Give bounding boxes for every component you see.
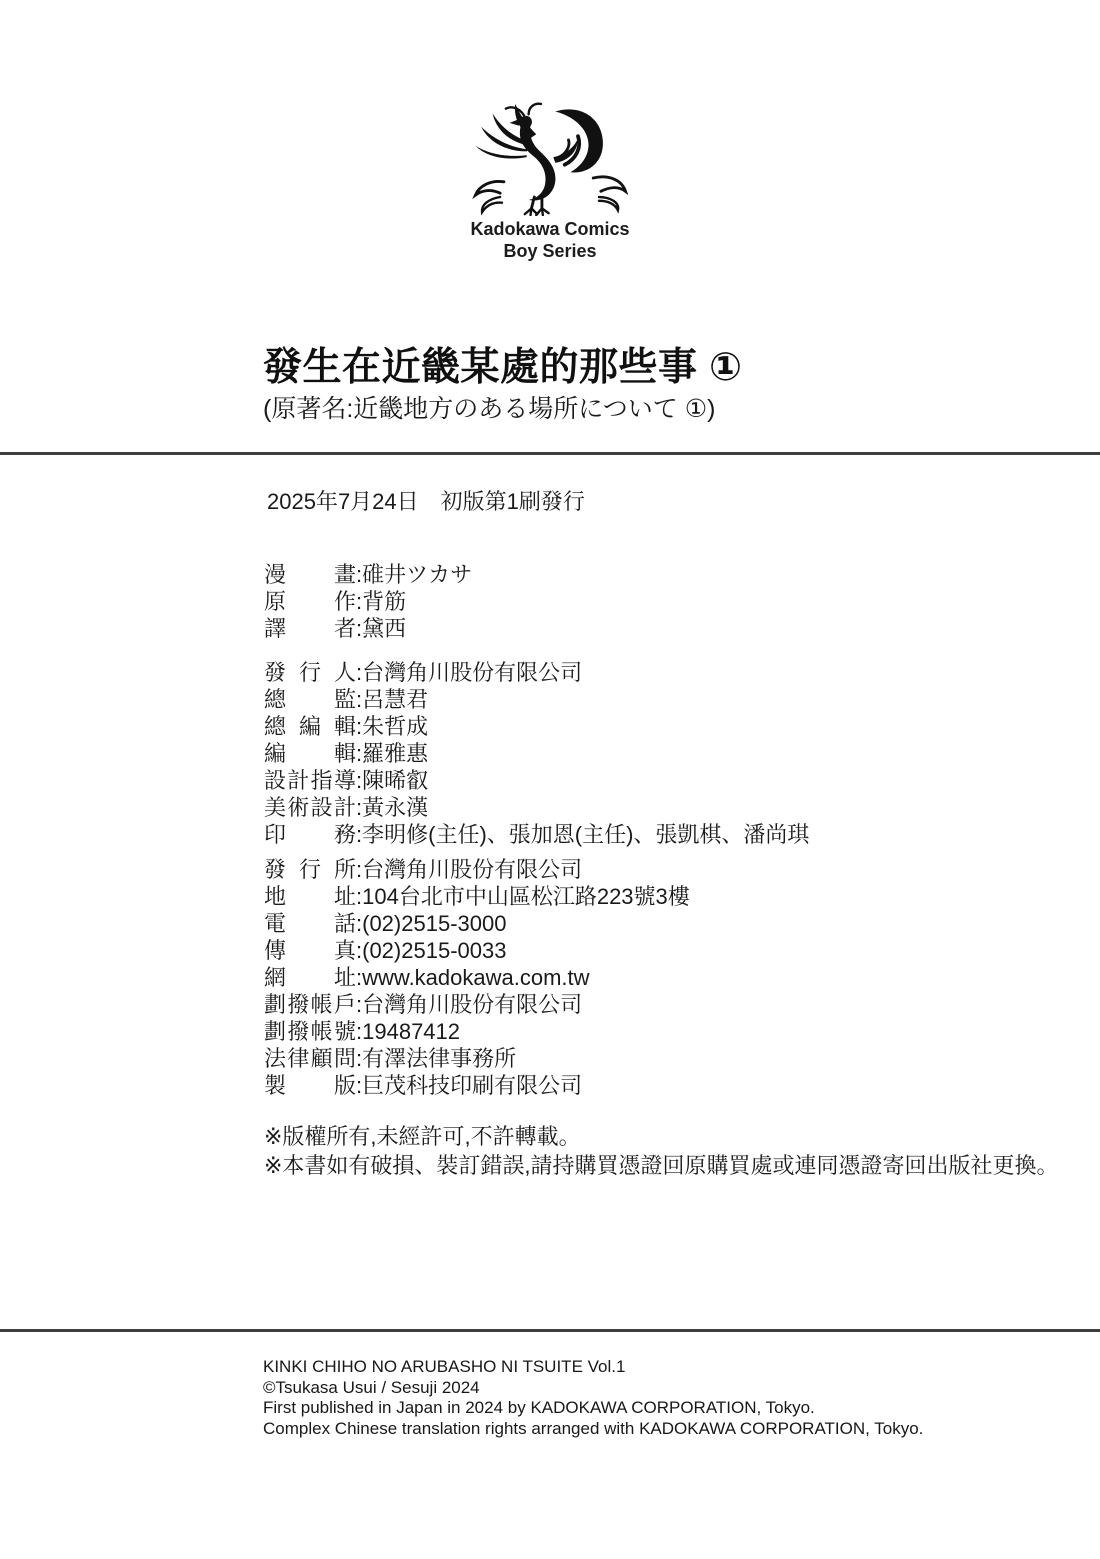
staff-row-design-director: 設計指導:陳晞叡 bbox=[264, 767, 809, 794]
staff-row-publisher: 發行人:台灣角川股份有限公司 bbox=[264, 659, 809, 686]
credit-label: 總監 bbox=[264, 686, 356, 713]
credit-label: 製版 bbox=[264, 1072, 356, 1099]
title-block: 發生在近畿某處的那些事 ① (原著名:近畿地方のある場所について ①) bbox=[263, 345, 742, 424]
brand-line-1: Kadokawa Comics bbox=[0, 218, 1100, 240]
kadokawa-phoenix-icon bbox=[469, 102, 631, 216]
credit-label: 電話 bbox=[264, 910, 356, 937]
credit-value: 碓井ツカサ bbox=[362, 562, 472, 587]
copyright-first-published: First published in Japan in 2024 by KADO… bbox=[263, 1398, 923, 1419]
credits-staff: 發行人:台灣角川股份有限公司 總監:呂慧君 總編輯:朱哲成 編輯:羅雅惠 設計指… bbox=[264, 659, 809, 848]
credit-value: 黃永漢 bbox=[362, 795, 428, 820]
copyright-romanized-title: KINKI CHIHO NO ARUBASHO NI TSUITE Vol.1 bbox=[263, 1357, 923, 1378]
credit-label: 漫畫 bbox=[264, 561, 356, 588]
credit-label: 原作 bbox=[264, 588, 356, 615]
credit-value: 104台北市中山區松江路223號3樓 bbox=[362, 884, 690, 909]
publisher-row-fax: 傳真:(02)2515-0033 bbox=[264, 937, 690, 964]
credits-primary: 漫畫:碓井ツカサ 原作:背筋 譯者:黛西 bbox=[264, 561, 472, 642]
notice-damaged-copy: ※本書如有破損、裝訂錯誤,請持購買憑證回原購買處或連同憑證寄回出版社更換。 bbox=[264, 1151, 1059, 1180]
credit-value: 黛西 bbox=[362, 616, 406, 641]
publisher-info: 發行所:台灣角川股份有限公司 地址:104台北市中山區松江路223號3樓 電話:… bbox=[264, 856, 690, 1099]
staff-row-art-design: 美術設計:黃永漢 bbox=[264, 794, 809, 821]
copyright-holder: ©Tsukasa Usui / Sesuji 2024 bbox=[263, 1378, 923, 1399]
publisher-row-postal-account: 劃撥帳戶:台灣角川股份有限公司 bbox=[264, 991, 690, 1018]
credit-label: 發行人 bbox=[264, 659, 356, 686]
credit-value: (02)2515-0033 bbox=[362, 938, 506, 963]
credit-row-translator: 譯者:黛西 bbox=[264, 615, 472, 642]
website-url: www.kadokawa.com.tw bbox=[362, 965, 589, 990]
publisher-row-platemaking: 製版:巨茂科技印刷有限公司 bbox=[264, 1072, 690, 1099]
credit-label: 地址 bbox=[264, 883, 356, 910]
credit-value: 台灣角川股份有限公司 bbox=[362, 992, 582, 1017]
credit-label: 譯者 bbox=[264, 615, 356, 642]
publisher-brand: Kadokawa Comics Boy Series bbox=[0, 102, 1100, 262]
publisher-row-legal: 法律顧問:有澤法律事務所 bbox=[264, 1045, 690, 1072]
publisher-row-website: 網址:www.kadokawa.com.tw bbox=[264, 964, 690, 991]
staff-row-printing: 印務:李明修(主任)、張加恩(主任)、張凱棋、潘尚琪 bbox=[264, 821, 809, 848]
credit-value: 19487412 bbox=[362, 1019, 460, 1044]
credit-value: 有澤法律事務所 bbox=[362, 1046, 516, 1071]
brand-line-2: Boy Series bbox=[0, 240, 1100, 262]
credit-value: 呂慧君 bbox=[362, 687, 428, 712]
edition-date: 2025年7月24日 初版第1刷發行 bbox=[267, 485, 585, 516]
copyright-translation-rights: Complex Chinese translation rights arran… bbox=[263, 1419, 923, 1440]
credit-label: 印務 bbox=[264, 821, 356, 848]
credit-value: (02)2515-3000 bbox=[362, 911, 506, 936]
original-title: (原著名:近畿地方のある場所について ①) bbox=[263, 394, 742, 424]
credit-label: 網址 bbox=[264, 964, 356, 991]
credit-value: 巨茂科技印刷有限公司 bbox=[362, 1073, 582, 1098]
credit-value: 台灣角川股份有限公司 bbox=[362, 660, 582, 685]
publisher-row-office: 發行所:台灣角川股份有限公司 bbox=[264, 856, 690, 883]
credit-row-manga: 漫畫:碓井ツカサ bbox=[264, 561, 472, 588]
rights-notices: ※版權所有,未經許可,不許轉載。 ※本書如有破損、裝訂錯誤,請持購買憑證回原購買… bbox=[264, 1122, 1059, 1180]
publisher-row-phone: 電話:(02)2515-3000 bbox=[264, 910, 690, 937]
credit-label: 劃撥帳號 bbox=[264, 1018, 356, 1045]
credit-value: 背筋 bbox=[362, 589, 406, 614]
credit-label: 法律顧問 bbox=[264, 1045, 356, 1072]
credit-value: 李明修(主任)、張加恩(主任)、張凱棋、潘尚琪 bbox=[362, 822, 809, 847]
copyright-block: KINKI CHIHO NO ARUBASHO NI TSUITE Vol.1 … bbox=[263, 1357, 923, 1439]
credit-label: 美術設計 bbox=[264, 794, 356, 821]
book-title: 發生在近畿某處的那些事 ① bbox=[263, 345, 742, 391]
credit-value: 陳晞叡 bbox=[362, 768, 428, 793]
credit-label: 設計指導 bbox=[264, 767, 356, 794]
credit-label: 發行所 bbox=[264, 856, 356, 883]
colophon-page: Kadokawa Comics Boy Series 發生在近畿某處的那些事 ①… bbox=[0, 0, 1100, 1559]
credit-label: 劃撥帳戶 bbox=[264, 991, 356, 1018]
credit-value: 台灣角川股份有限公司 bbox=[362, 857, 582, 882]
credit-label: 總編輯 bbox=[264, 713, 356, 740]
credit-label: 傳真 bbox=[264, 937, 356, 964]
credit-row-original: 原作:背筋 bbox=[264, 588, 472, 615]
divider-bottom bbox=[0, 1329, 1100, 1332]
divider-top bbox=[0, 452, 1100, 455]
credit-value: 羅雅惠 bbox=[362, 741, 428, 766]
publisher-row-postal-number: 劃撥帳號:19487412 bbox=[264, 1018, 690, 1045]
publisher-row-address: 地址:104台北市中山區松江路223號3樓 bbox=[264, 883, 690, 910]
notice-copyright: ※版權所有,未經許可,不許轉載。 bbox=[264, 1122, 1059, 1151]
credit-value: 朱哲成 bbox=[362, 714, 428, 739]
staff-row-chief-editor: 總編輯:朱哲成 bbox=[264, 713, 809, 740]
staff-row-editor: 編輯:羅雅惠 bbox=[264, 740, 809, 767]
staff-row-supervisor: 總監:呂慧君 bbox=[264, 686, 809, 713]
credit-label: 編輯 bbox=[264, 740, 356, 767]
